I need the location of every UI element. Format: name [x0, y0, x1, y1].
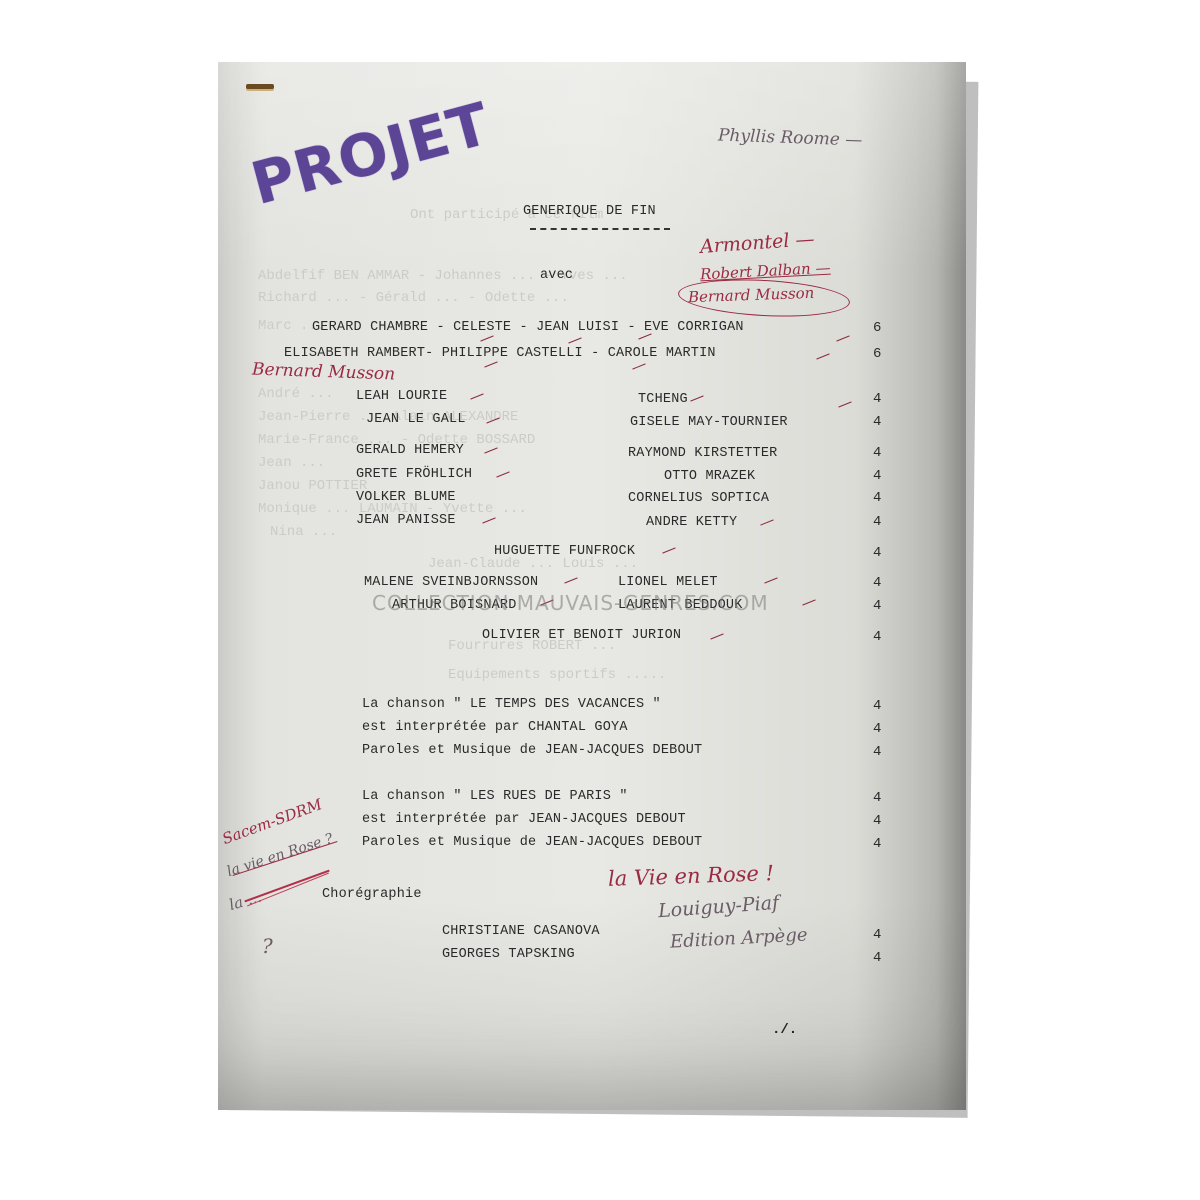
choreographer: GEORGES TAPSKING	[442, 947, 575, 962]
cast-count: 4	[873, 514, 881, 530]
song-count: 4	[873, 721, 881, 737]
ghost-line: Janou POTTIER	[258, 478, 367, 494]
song-count: 4	[873, 790, 881, 806]
cast-right: RAYMOND KIRSTETTER	[628, 446, 777, 461]
cast-left: OLIVIER ET BENOIT JURION	[482, 628, 681, 643]
cast-left: LEAH LOURIE	[356, 389, 447, 404]
cast-row: GERARD CHAMBRE - CELESTE - JEAN LUISI - …	[312, 320, 744, 335]
cast-count: 4	[873, 490, 881, 506]
staple	[246, 84, 274, 89]
cast-right: TCHENG	[638, 392, 688, 407]
cast-left: GRETE FRÖHLICH	[356, 467, 472, 482]
ghost-line: Nina ...	[270, 524, 337, 540]
choreographer-count: 4	[873, 950, 881, 966]
song-count: 4	[873, 744, 881, 760]
continued-mark: ./.	[772, 1022, 797, 1038]
cast-count: 4	[873, 468, 881, 484]
title-underline	[530, 228, 670, 230]
ghost-line: Jean ...	[258, 455, 325, 471]
choreographer: CHRISTIANE CASANOVA	[442, 924, 600, 939]
song-line: est interprétée par CHANTAL GOYA	[362, 720, 628, 735]
cast-row: ELISABETH RAMBERT- PHILIPPE CASTELLI - C…	[284, 346, 716, 361]
song-line: La chanson " LE TEMPS DES VACANCES "	[362, 697, 661, 712]
cast-count: 6	[873, 320, 881, 336]
choreographer-count: 4	[873, 927, 881, 943]
cast-count: 4	[873, 391, 881, 407]
song-line: est interprétée par JEAN-JACQUES DEBOUT	[362, 812, 686, 827]
avec-label: avec	[540, 268, 573, 283]
cast-count: 4	[873, 629, 881, 645]
cast-right: OTTO MRAZEK	[664, 469, 755, 484]
song-line: Paroles et Musique de JEAN-JACQUES DEBOU…	[362, 835, 702, 850]
ghost-line: Richard ... - Gérald ... - Odette ...	[258, 290, 569, 306]
cast-left: GERALD HEMERY	[356, 443, 464, 458]
watermark: COLLECTION MAUVAIS-GENRES.COM	[372, 591, 769, 615]
ghost-line: Equipements sportifs .....	[448, 667, 666, 683]
cast-left: JEAN LE GALL	[366, 412, 466, 427]
cast-left: MALENE SVEINBJORNSSON	[364, 575, 538, 590]
cast-left: JEAN PANISSE	[356, 513, 456, 528]
cast-left: HUGUETTE FUNFROCK	[494, 544, 635, 559]
song-count: 4	[873, 698, 881, 714]
cast-count: 4	[873, 575, 881, 591]
cast-count: 4	[873, 445, 881, 461]
cast-count: 6	[873, 346, 881, 362]
cast-right: ANDRE KETTY	[646, 515, 737, 530]
note-question-mark: ?	[262, 934, 273, 958]
cast-count: 4	[873, 545, 881, 561]
cast-right: CORNELIUS SOPTICA	[628, 491, 769, 506]
cast-count: 4	[873, 598, 881, 614]
choreography-label: Chorégraphie	[322, 887, 422, 902]
song-line: Paroles et Musique de JEAN-JACQUES DEBOU…	[362, 743, 702, 758]
page-title: GENERIQUE DE FIN	[523, 204, 656, 219]
cast-right: LIONEL MELET	[618, 575, 718, 590]
song-count: 4	[873, 836, 881, 852]
song-count: 4	[873, 813, 881, 829]
ghost-line: André ...	[258, 386, 334, 402]
cast-count: 4	[873, 414, 881, 430]
song-line: La chanson " LES RUES DE PARIS "	[362, 789, 628, 804]
cast-right: GISELE MAY-TOURNIER	[630, 415, 788, 430]
cast-left: VOLKER BLUME	[356, 490, 456, 505]
